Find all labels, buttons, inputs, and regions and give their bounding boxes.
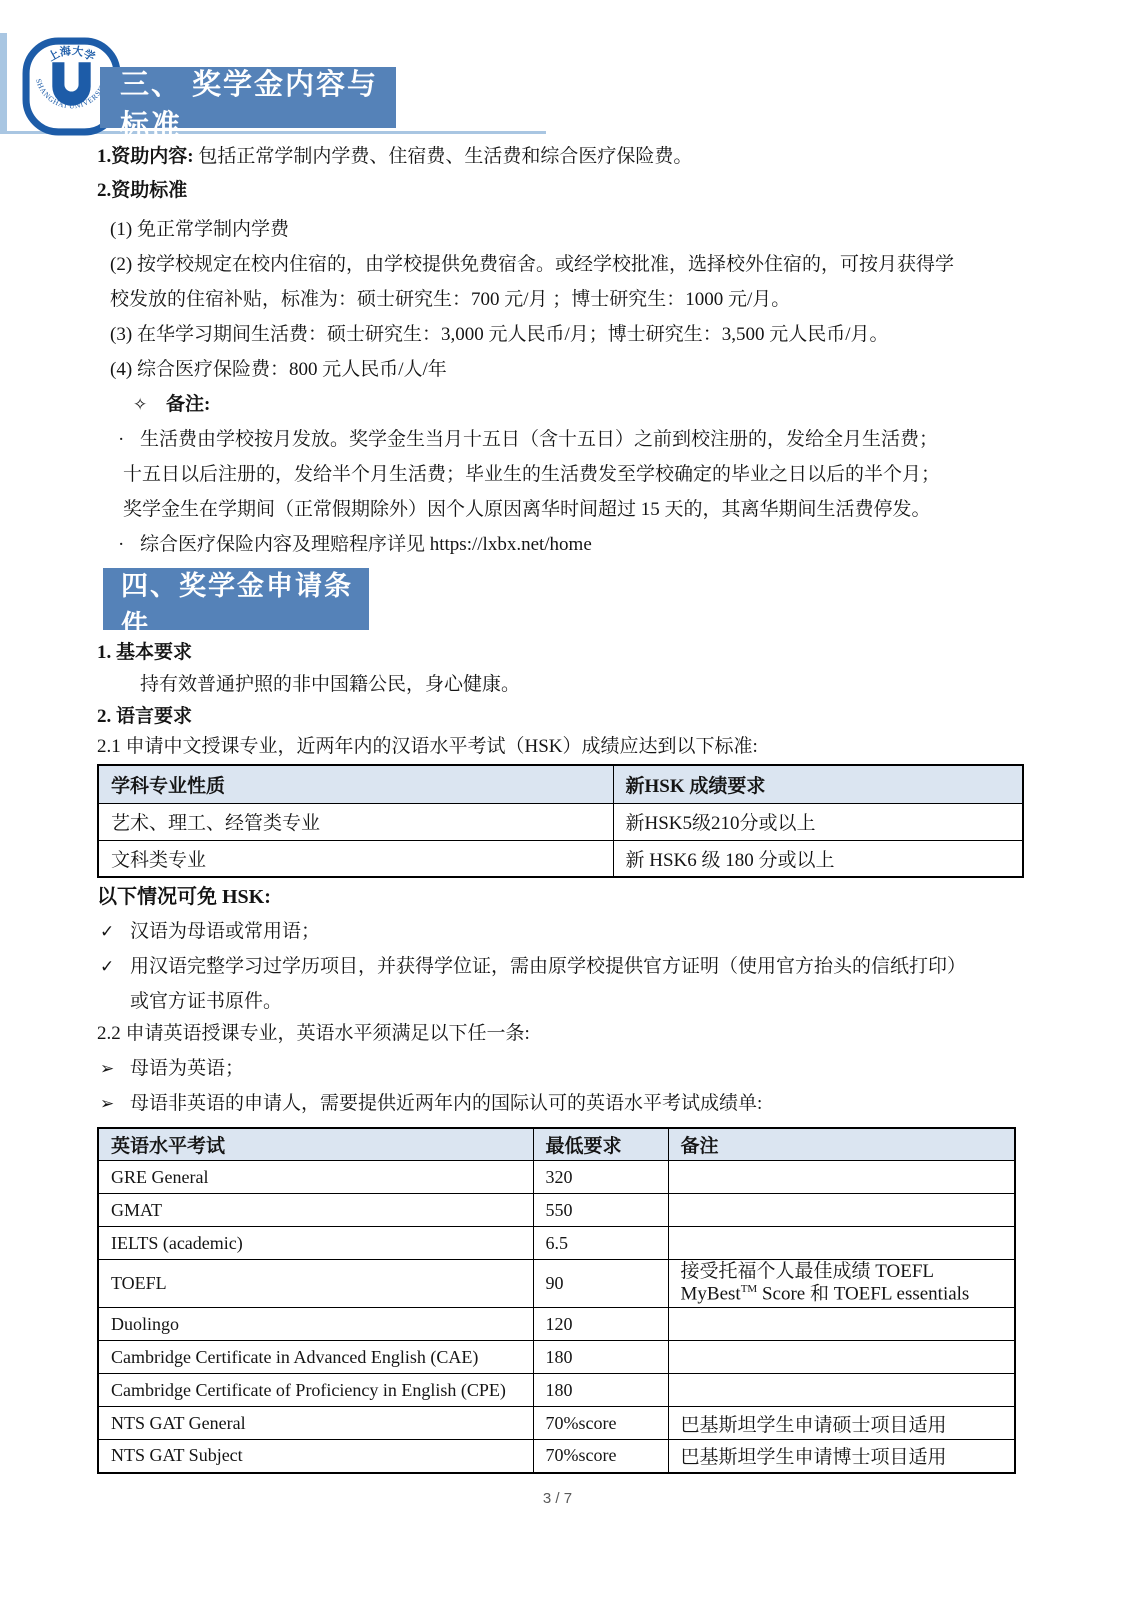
english-test-table: 英语水平考试 最低要求 备注 GRE General 320 GMAT 550 … [97,1127,1016,1474]
item-number: (4) [110,352,137,387]
arrow-bullet-icon: ➢ [100,1086,130,1121]
column-header: 英语水平考试 [98,1128,533,1161]
min-score-cell: 90 [533,1260,668,1308]
table-row: Duolingo 120 [98,1308,1015,1341]
note-cell: 巴基斯坦学生申请博士项目适用 [668,1440,1015,1473]
insurance-link-text: 综合医疗保险内容及理赔程序详见 https://lxbx.net/home [140,534,592,555]
note-text: Score 和 TOEFL essentials [757,1284,969,1305]
test-cell: NTS GAT Subject [98,1440,533,1473]
column-header: 学科专业性质 [98,765,613,803]
check-item: ✓ 汉语为母语或常用语； [97,914,1018,949]
list-item: (3) 在华学习期间生活费：硕士研究生：3,000 元人民币/月；博士研究生：3… [97,317,1018,352]
test-cell: GRE General [98,1161,533,1194]
item-text: 校发放的住宿补贴，标准为：硕士研究生：700 元/月 ；博士研究生：1000 元… [110,282,1018,317]
section3-banner: 三、 奖学金内容与标准 [100,67,396,128]
document-page: 上海大学 SHANGHAI UNIVERSITY 三、 奖学金内容与标准 1.资… [0,0,1131,1600]
note-heading-row: ✧ 备注: [97,387,1018,422]
item-text: 按学校规定在校内住宿的，由学校提供免费宿舍。或经学校批准，选择校外住宿的，可按月… [137,247,1018,282]
item-text: 免正常学制内学费 [137,219,289,240]
note-cell [668,1308,1015,1341]
list-item: (4) 综合医疗保险费：800 元人民币/人/年 [97,352,1018,387]
test-cell: GMAT [98,1194,533,1227]
test-cell: IELTS (academic) [98,1227,533,1260]
test-cell: Cambridge Certificate in Advanced Englis… [98,1341,533,1374]
check-text: 汉语为母语或常用语； [130,921,320,942]
table-row: NTS GAT Subject 70%score 巴基斯坦学生申请博士项目适用 [98,1440,1015,1473]
check-icon: ✓ [100,949,130,1019]
table-row: NTS GAT General 70%score 巴基斯坦学生申请硕士项目适用 [98,1407,1015,1440]
item-text: 在华学习期间生活费：硕士研究生：3,000 元人民币/月；博士研究生：3,500… [137,324,889,345]
note-bullet-item: · 综合医疗保险内容及理赔程序详见 https://lxbx.net/home [97,527,1018,562]
hsk-requirement-table: 学科专业性质 新HSK 成绩要求 艺术、理工、经管类专业 新HSK5级210分或… [97,764,1024,878]
note-bullet-item: · 生活费由学校按月发放。奖学金生当月十五日（含十五日）之前到校注册的，发给全月… [97,422,1018,527]
table-header-row: 英语水平考试 最低要求 备注 [98,1128,1015,1161]
note-text: 奖学金生在学期间（正常假期除外）因个人原因离华时间超过 15 天的，其离华期间生… [123,492,1018,527]
table-header-row: 学科专业性质 新HSK 成绩要求 [98,765,1023,803]
note-cell [668,1227,1015,1260]
check-icon: ✓ [100,914,130,949]
funding-content-text: 包括正常学制内学费、住宿费、生活费和综合医疗保险费。 [194,146,693,167]
test-cell: NTS GAT General [98,1407,533,1440]
min-score-cell: 70%score [533,1440,668,1473]
item-number: (1) [110,212,137,247]
note-text: 十五日以后注册的，发给半个月生活费；毕业生的生活费发至学校确定的毕业之日以后的半… [123,457,1018,492]
hsk-requirement-intro: 2.1 申请中文授课专业，近两年内的汉语水平考试（HSK）成绩应达到以下标准: [97,736,1018,758]
left-accent-bar [0,33,7,132]
test-cell: Cambridge Certificate of Proficiency in … [98,1374,533,1407]
test-cell: TOEFL [98,1260,533,1308]
arrow-text: 母语为英语； [130,1058,244,1079]
page-content: 1.资助内容: 包括正常学制内学费、住宿费、生活费和综合医疗保险费。 2.资助标… [97,146,1018,1507]
note-cell [668,1161,1015,1194]
arrow-item: ➢ 母语非英语的申请人，需要提供近两年内的国际认可的英语水平考试成绩单: [97,1086,1018,1121]
note-label: 备注: [166,387,210,422]
table-row: IELTS (academic) 6.5 [98,1227,1015,1260]
dot-bullet-icon: · [118,527,140,562]
arrow-item: ➢ 母语为英语； [97,1051,1018,1086]
column-header: 最低要求 [533,1128,668,1161]
diamond-bullet-icon: ✧ [133,387,166,422]
table-row: 文科类专业 新 HSK6 级 180 分或以上 [98,840,1023,877]
basic-requirement-heading: 1. 基本要求 [97,642,1018,664]
arrow-text: 母语非英语的申请人，需要提供近两年内的国际认可的英语水平考试成绩单: [130,1093,762,1114]
table-row: 艺术、理工、经管类专业 新HSK5级210分或以上 [98,803,1023,840]
table-row: TOEFL 90 接受托福个人最佳成绩 TOEFL MyBestTM Score… [98,1260,1015,1308]
funding-content-label: 1.资助内容: [97,146,194,167]
funding-content-paragraph: 1.资助内容: 包括正常学制内学费、住宿费、生活费和综合医疗保险费。 [97,146,1018,168]
table-row: GMAT 550 [98,1194,1015,1227]
major-cell: 艺术、理工、经管类专业 [98,803,613,840]
english-requirement-intro: 2.2 申请英语授课专业，英语水平须满足以下任一条: [97,1023,1018,1045]
min-score-cell: 180 [533,1374,668,1407]
note-cell [668,1194,1015,1227]
note-text: 生活费由学校按月发放。奖学金生当月十五日（含十五日）之前到校注册的，发给全月生活… [140,422,1018,457]
language-requirement-heading: 2. 语言要求 [97,706,1018,728]
hsk-exempt-heading: 以下情况可免 HSK: [97,886,1018,908]
min-score-cell: 320 [533,1161,668,1194]
note-cell [668,1374,1015,1407]
check-text: 用汉语完整学习过学历项目，并获得学位证，需由原学校提供官方证明（使用官方抬头的信… [130,949,1018,984]
column-header: 备注 [668,1128,1015,1161]
note-cell [668,1341,1015,1374]
major-cell: 文科类专业 [98,840,613,877]
list-item: (1) 免正常学制内学费 [97,212,1018,247]
min-score-cell: 120 [533,1308,668,1341]
funding-standard-heading: 2.资助标准 [97,180,1018,202]
test-cell: Duolingo [98,1308,533,1341]
check-text: 或官方证书原件。 [130,984,1018,1019]
note-cell: 接受托福个人最佳成绩 TOEFL MyBestTM Score 和 TOEFL … [668,1260,1015,1308]
min-score-cell: 550 [533,1194,668,1227]
min-score-cell: 70%score [533,1407,668,1440]
check-item: ✓ 用汉语完整学习过学历项目，并获得学位证，需由原学校提供官方证明（使用官方抬头… [97,949,1018,1019]
page-number: 3 / 7 [97,1490,1018,1507]
list-item: (2) 按学校规定在校内住宿的，由学校提供免费宿舍。或经学校批准，选择校外住宿的… [97,247,1018,317]
table-row: GRE General 320 [98,1161,1015,1194]
min-score-cell: 180 [533,1341,668,1374]
item-text: 综合医疗保险费：800 元人民币/人/年 [137,359,447,380]
requirement-cell: 新HSK5级210分或以上 [613,803,1023,840]
basic-requirement-text: 持有效普通护照的非中国籍公民，身心健康。 [140,674,1018,696]
section4-banner: 四、奖学金申请条件 [103,568,369,630]
table-row: Cambridge Certificate in Advanced Englis… [98,1341,1015,1374]
funding-standard-list: (1) 免正常学制内学费 (2) 按学校规定在校内住宿的，由学校提供免费宿舍。或… [97,212,1018,562]
arrow-bullet-icon: ➢ [100,1051,130,1086]
column-header: 新HSK 成绩要求 [613,765,1023,803]
min-score-cell: 6.5 [533,1227,668,1260]
note-cell: 巴基斯坦学生申请硕士项目适用 [668,1407,1015,1440]
requirement-cell: 新 HSK6 级 180 分或以上 [613,840,1023,877]
table-row: Cambridge Certificate of Proficiency in … [98,1374,1015,1407]
tm-superscript: TM [741,1283,758,1295]
item-number: (3) [110,317,137,352]
